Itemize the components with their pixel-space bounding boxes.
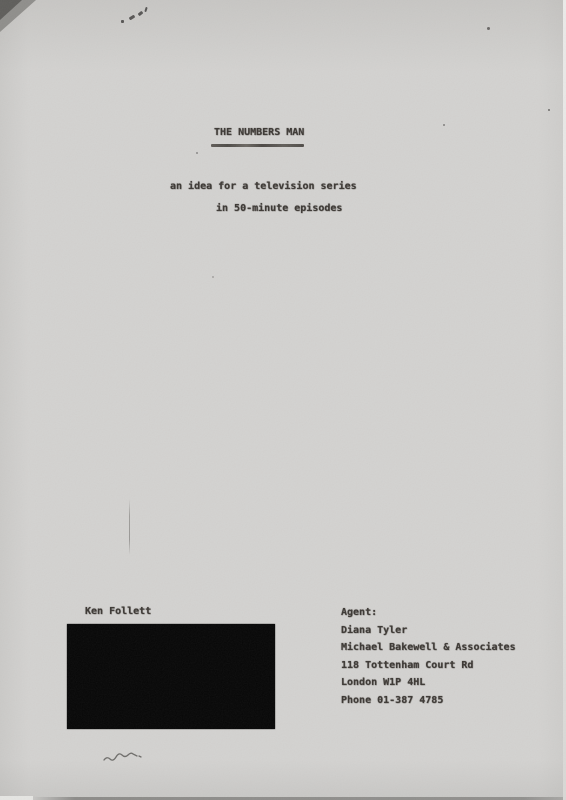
paper-crease [129, 499, 130, 555]
agent-company: Michael Bakewell & Associates [341, 639, 516, 657]
document-title: THE NUMBERS MAN [214, 127, 304, 139]
pencil-scribble [101, 749, 145, 765]
ink-speck [212, 276, 214, 278]
ink-speck [196, 152, 198, 154]
subtitle-line-2: in 50-minute episodes [216, 203, 342, 215]
subtitle-line-1: an idea for a television series [170, 181, 357, 193]
scanned-page: THE NUMBERS MAN an idea for a television… [0, 0, 566, 800]
ink-speck [548, 109, 550, 111]
ink-speck [443, 124, 445, 126]
agent-address-street: 118 Tottenham Court Rd [341, 657, 516, 675]
agent-label: Agent: [341, 604, 516, 622]
pencil-mark [121, 20, 124, 23]
ink-speck [487, 27, 490, 30]
scan-edge-corner [0, 796, 33, 800]
title-underline [211, 144, 304, 147]
agent-phone: Phone 01-387 4785 [341, 692, 516, 710]
author-name: Ken Follett [85, 606, 151, 618]
agent-block: Agent: Diana Tyler Michael Bakewell & As… [341, 604, 516, 709]
pencil-mark [129, 15, 136, 21]
agent-address-city: London W1P 4HL [341, 674, 516, 692]
redaction-box [67, 624, 275, 729]
pencil-mark [144, 7, 147, 12]
pencil-mark [138, 11, 144, 16]
agent-name: Diana Tyler [341, 622, 516, 640]
